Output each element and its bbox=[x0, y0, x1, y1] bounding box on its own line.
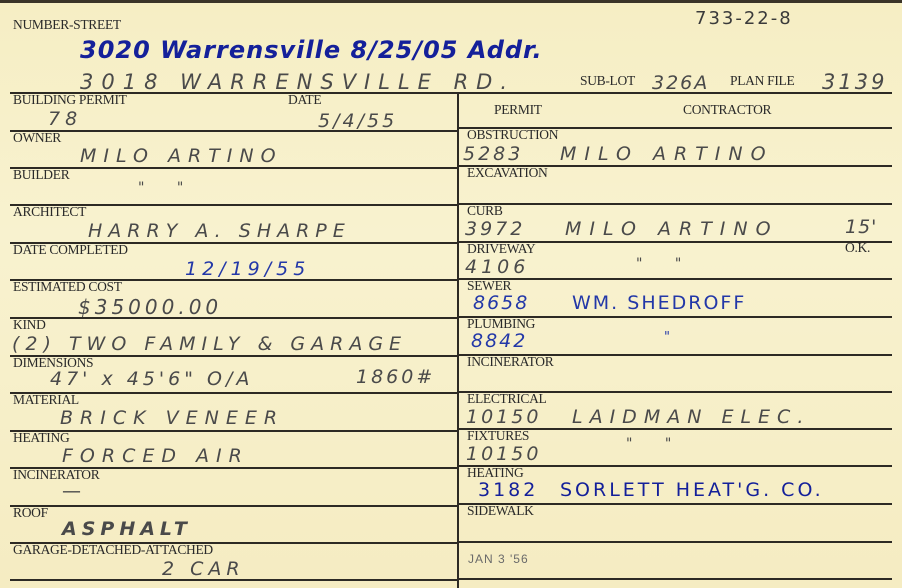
roof-label: ROOF bbox=[13, 505, 48, 521]
divider bbox=[457, 578, 892, 580]
electrical-permit: 10150 bbox=[466, 406, 541, 428]
card-number: 733-22-8 bbox=[695, 8, 793, 29]
incinerator-right-label: INCINERATOR bbox=[467, 354, 553, 370]
sewer-contractor: WM. SHEDROFF bbox=[572, 292, 746, 314]
owner-value: MILO ARTINO bbox=[80, 145, 283, 167]
curb-contractor: MILO ARTINO bbox=[565, 218, 779, 240]
sewer-permit: 8658 bbox=[473, 292, 529, 314]
incinerator-label: INCINERATOR bbox=[13, 467, 99, 483]
date-value: 5/4/55 bbox=[318, 110, 397, 132]
sub-lot-label: SUB-LOT bbox=[580, 73, 635, 89]
address-annotation: 3020 Warrensville 8/25/05 Addr. bbox=[80, 36, 543, 64]
sidewalk-label: SIDEWALK bbox=[467, 503, 534, 519]
fixtures-permit: 10150 bbox=[466, 443, 541, 465]
plan-file-value: 3139 bbox=[822, 70, 887, 94]
electrical-contractor: LAIDMAN ELEC. bbox=[572, 406, 810, 428]
incinerator-value: — bbox=[62, 480, 81, 502]
architect-label: ARCHITECT bbox=[13, 204, 86, 220]
building-permit-card: NUMBER-STREET 3020 Warrensville 8/25/05 … bbox=[0, 0, 902, 588]
address-typed: 3018 WARRENSVILLE RD. bbox=[80, 70, 515, 94]
divider bbox=[10, 430, 457, 432]
date-completed-value: 12/19/55 bbox=[185, 258, 310, 280]
number-street-label: NUMBER-STREET bbox=[13, 17, 121, 33]
builder-value: " " bbox=[138, 180, 197, 196]
obstruction-contractor: MILO ARTINO bbox=[560, 143, 774, 165]
dimensions-value: 47' x 45'6" O/A bbox=[50, 368, 253, 390]
contractor-column-header: CONTRACTOR bbox=[683, 102, 771, 118]
owner-label: OWNER bbox=[13, 130, 61, 146]
divider bbox=[457, 203, 892, 205]
plan-file-label: PLAN FILE bbox=[730, 73, 794, 89]
garage-value: 2 CAR bbox=[162, 558, 245, 580]
driveway-permit: 4106 bbox=[465, 256, 529, 278]
fixtures-label: FIXTURES bbox=[467, 428, 529, 444]
obstruction-permit: 5283 bbox=[463, 143, 523, 165]
heating-label: HEATING bbox=[13, 430, 69, 446]
estimated-cost-value: $35000.00 bbox=[78, 295, 222, 319]
permit-column-header: PERMIT bbox=[494, 102, 542, 118]
date-completed-label: DATE COMPLETED bbox=[13, 242, 128, 258]
material-label: MATERIAL bbox=[13, 392, 79, 408]
divider bbox=[10, 92, 892, 94]
heating-contractor: SORLETT HEAT'G. CO. bbox=[560, 479, 824, 501]
divider bbox=[10, 505, 457, 507]
building-permit-value: 78 bbox=[48, 108, 82, 130]
plumbing-permit: 8842 bbox=[471, 330, 527, 352]
divider bbox=[457, 541, 892, 543]
building-permit-label: BUILDING PERMIT bbox=[13, 92, 127, 108]
curb-status: O.K. bbox=[845, 240, 870, 256]
heating-value: FORCED AIR bbox=[62, 445, 249, 467]
divider bbox=[10, 167, 457, 169]
driveway-label: DRIVEWAY bbox=[467, 241, 535, 257]
divider bbox=[457, 278, 892, 280]
curb-note: 15' bbox=[845, 216, 877, 238]
obstruction-label: OBSTRUCTION bbox=[467, 127, 558, 143]
driveway-contractor: " " bbox=[636, 256, 695, 272]
material-value: BRICK VENEER bbox=[60, 407, 284, 429]
estimated-cost-label: ESTIMATED COST bbox=[13, 279, 122, 295]
plumbing-contractor: " bbox=[664, 330, 672, 345]
curb-label: CURB bbox=[467, 203, 503, 219]
date-stamp: JAN 3 '56 bbox=[468, 552, 529, 566]
architect-value: HARRY A. SHARPE bbox=[88, 220, 351, 242]
electrical-label: ELECTRICAL bbox=[467, 391, 547, 407]
garage-label: GARAGE-DETACHED-ATTACHED bbox=[13, 542, 213, 558]
curb-permit: 3972 bbox=[465, 218, 525, 240]
kind-label: KIND bbox=[13, 317, 46, 333]
roof-value: ASPHALT bbox=[62, 518, 192, 540]
dimensions-area: 1860# bbox=[356, 366, 435, 388]
kind-value: (2) TWO FAMILY & GARAGE bbox=[12, 333, 407, 355]
builder-label: BUILDER bbox=[13, 167, 69, 183]
fixtures-contractor: " " bbox=[626, 436, 685, 452]
heating-permit: 3182 bbox=[478, 479, 538, 501]
excavation-label: EXCAVATION bbox=[467, 165, 548, 181]
sub-lot-value: 326A bbox=[652, 72, 709, 94]
date-label: DATE bbox=[288, 92, 321, 108]
